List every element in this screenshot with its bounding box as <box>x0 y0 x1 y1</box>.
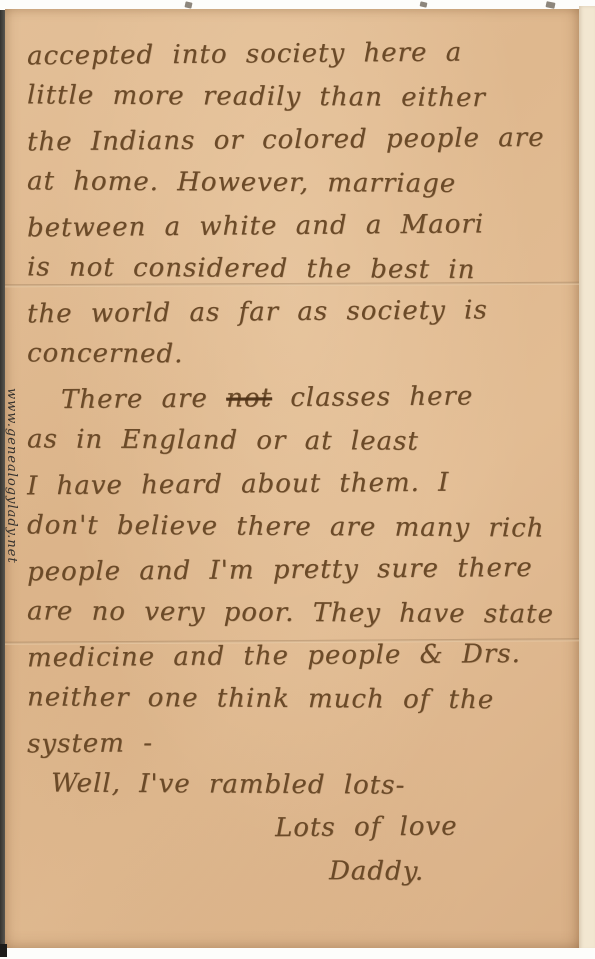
handwritten-line: concerned. <box>27 332 565 378</box>
closing-valediction: Lots of love <box>27 805 565 853</box>
handwritten-text: accepted into society here a little more… <box>5 9 579 948</box>
handwritten-line: don't believe there are many rich <box>27 504 565 550</box>
line-text: classes here <box>272 381 474 413</box>
handwritten-line: There are not classes here <box>27 375 565 423</box>
handwritten-line: as in England or at least <box>27 418 565 464</box>
handwritten-line: the Indians or colored people are <box>27 117 565 165</box>
scan-background-right <box>579 6 595 950</box>
handwritten-line: is not considered the best in <box>27 246 565 292</box>
letter-paper: accepted into society here a little more… <box>5 9 579 948</box>
handwritten-line: medicine and the people & Drs. <box>27 633 565 681</box>
handwritten-line: the world as far as society is <box>27 289 565 337</box>
handwritten-line: between a white and a Maori <box>27 203 565 251</box>
line-text: There are <box>61 384 226 415</box>
torn-edge-mark <box>184 1 192 8</box>
handwritten-line: neither one think much of the <box>27 676 565 722</box>
watermark: www.genealogylady.net <box>4 388 19 564</box>
handwritten-line: accepted into society here a <box>27 31 565 79</box>
scan-edge-bottom-left <box>0 944 7 957</box>
signature: Daddy. <box>27 848 565 894</box>
handwritten-line: system - <box>27 719 565 767</box>
handwritten-line: Well, I've rambled lots- <box>27 762 565 808</box>
handwritten-line: I have heard about them. I <box>27 461 565 509</box>
strikethrough-word: not <box>226 383 272 413</box>
handwritten-line: people and I'm pretty sure there <box>27 547 565 595</box>
scan-background-top <box>0 0 595 9</box>
scanned-letter-page: accepted into society here a little more… <box>0 0 595 959</box>
handwritten-line: at home. However, marriage <box>27 160 565 206</box>
handwritten-line: little more readily than either <box>27 74 565 120</box>
scan-background-bottom <box>0 948 595 959</box>
handwritten-line: are no very poor. They have state <box>27 590 565 636</box>
